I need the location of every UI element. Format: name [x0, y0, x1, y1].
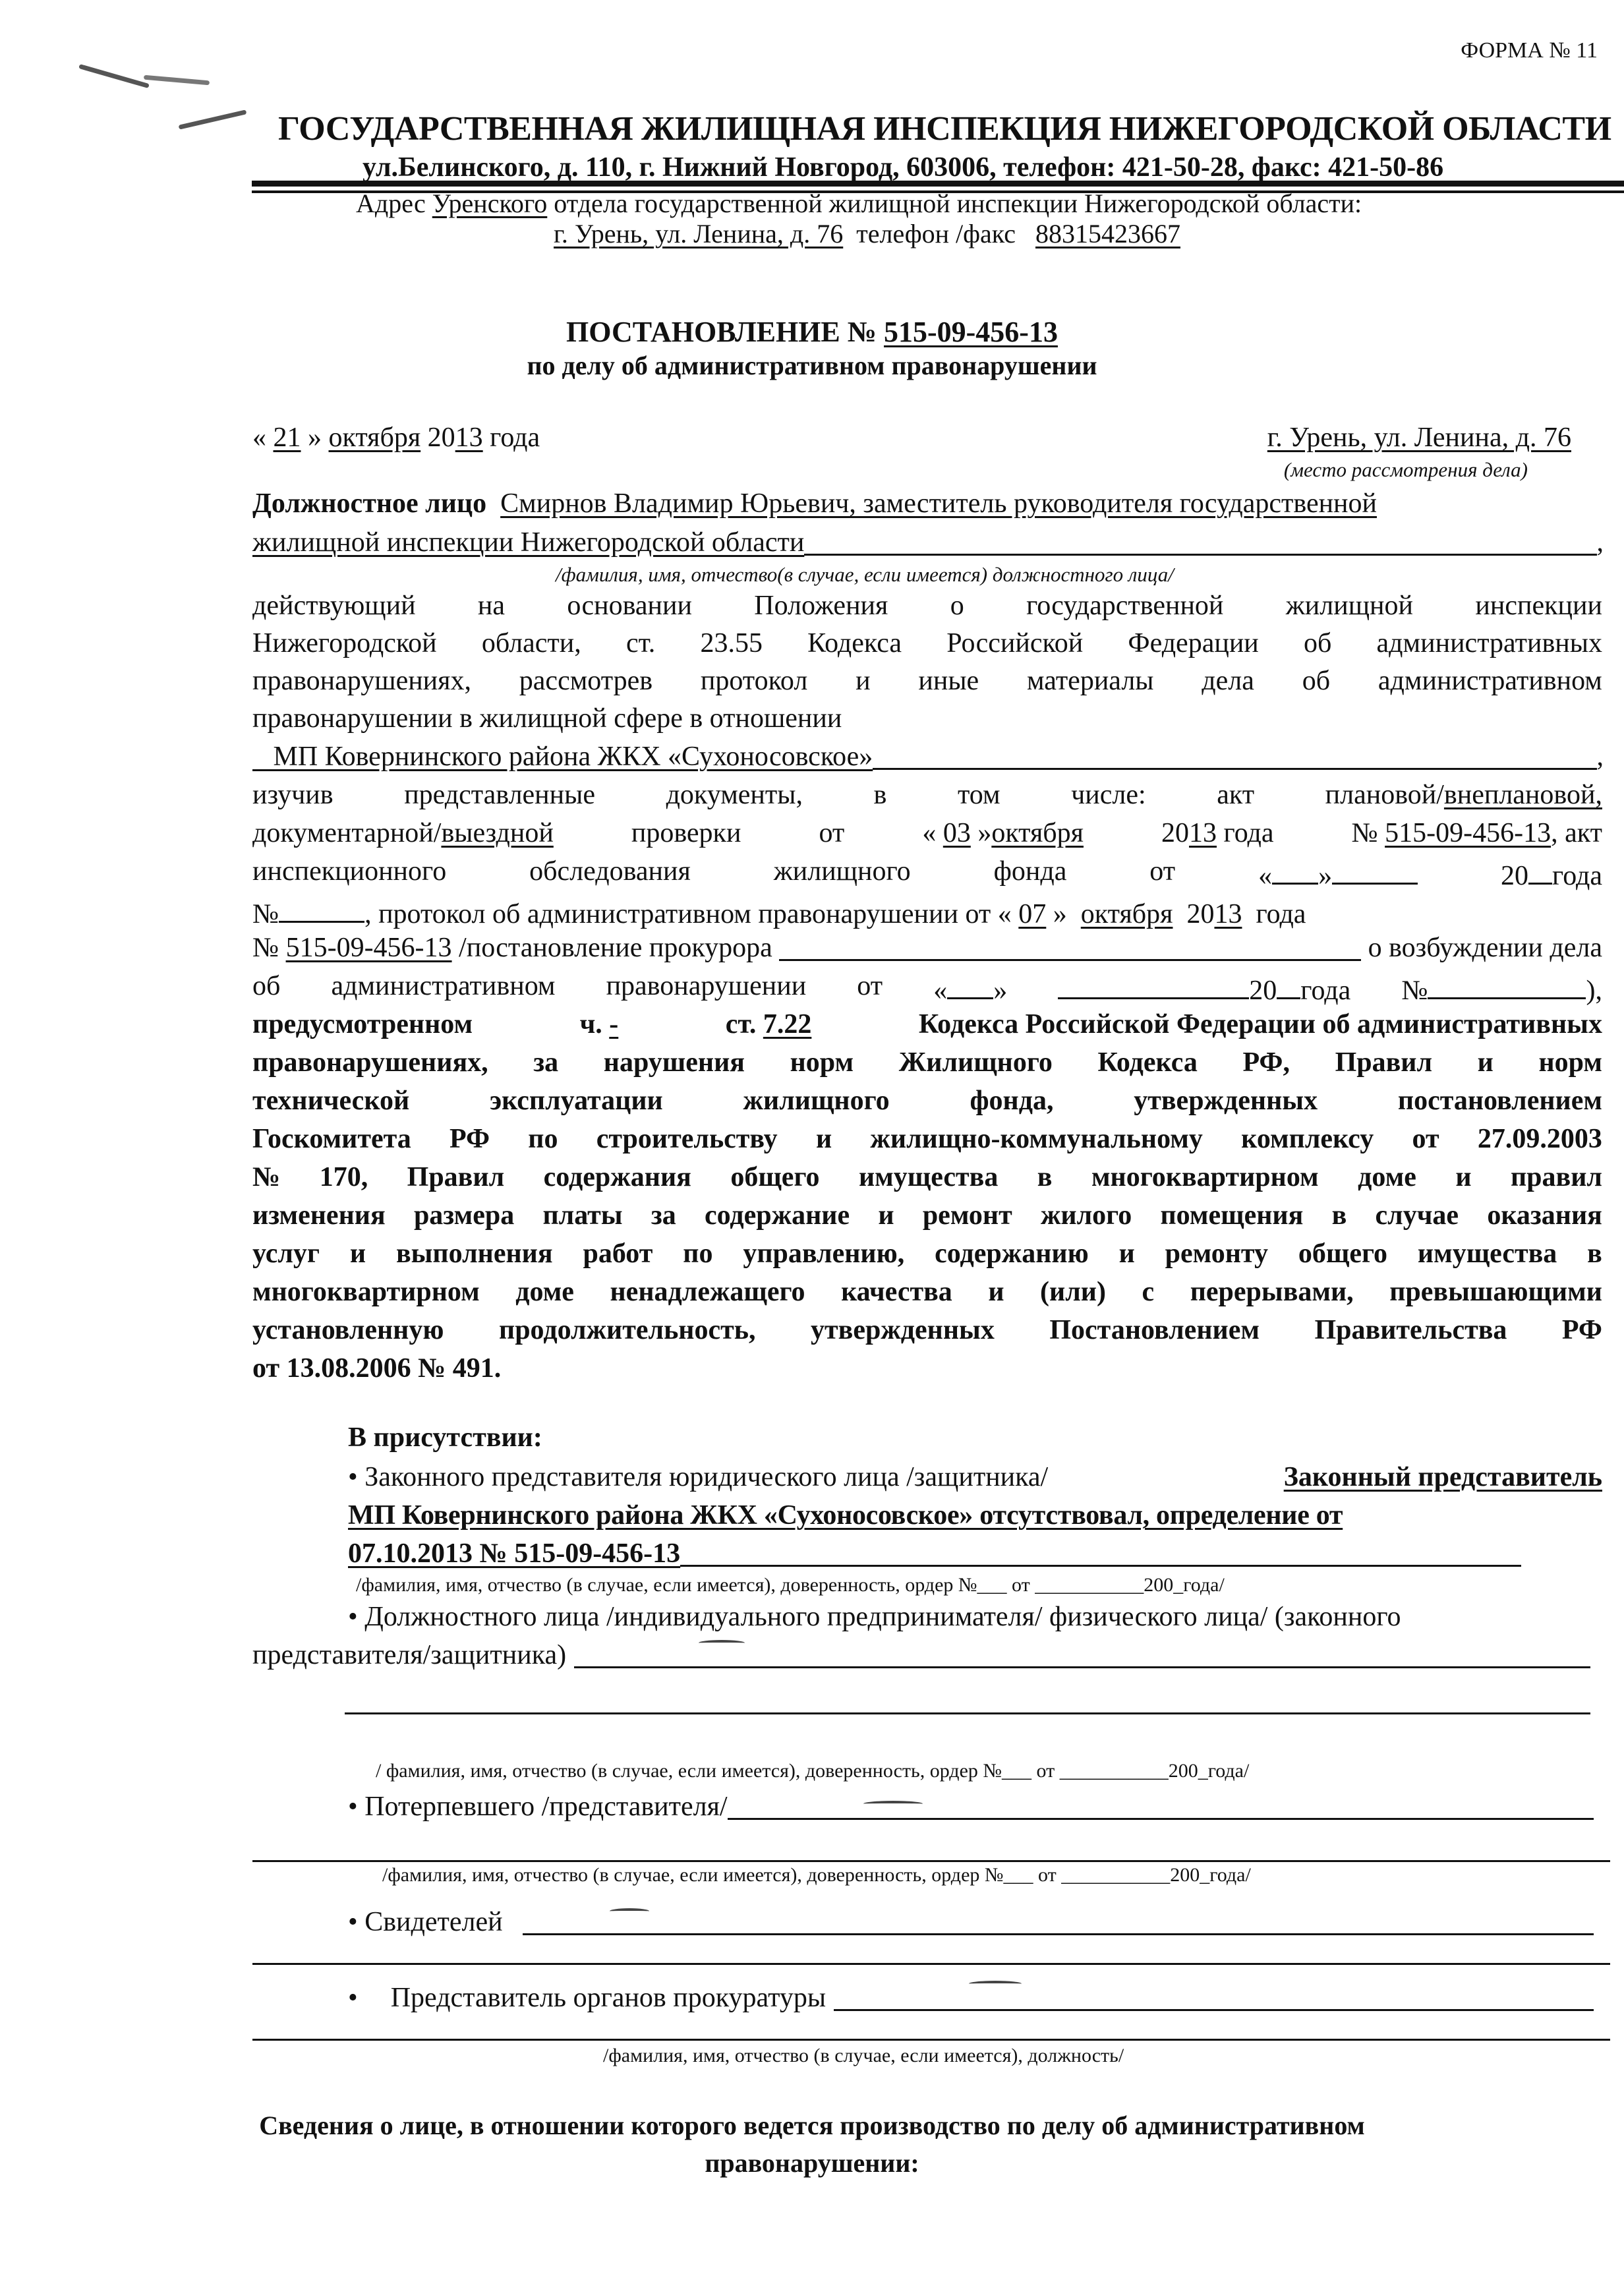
legal-rep-line-2: МП Ковернинского района ЖКХ «Сухоносовск… [348, 1502, 1343, 1529]
org-address: ул.Белинского, д. 110, г. Нижний Новгоро… [362, 154, 1443, 181]
presence-heading: В присутствии: [348, 1424, 542, 1451]
footer-heading-2: правонарушении: [0, 2150, 1624, 2176]
legal-rep-line: • Законного представителя юридического л… [348, 1463, 1602, 1491]
decree-place-hint: (место рассмотрения дела) [1284, 459, 1528, 480]
article-part: - [609, 1009, 618, 1039]
protocol-year: 13 [1214, 899, 1242, 929]
decree-title-prefix: ПОСТАНОВЛЕНИЕ № [566, 316, 877, 348]
official-presence-line-1: • Должностного лица /индивидуального пре… [348, 1603, 1401, 1631]
body-line-2: Нижегородскойобласти,ст.23.55КодексаРосс… [252, 629, 1602, 657]
decree-title: ПОСТАНОВЛЕНИЕ № 515-09-456-13 [0, 318, 1624, 347]
blank-line [252, 2039, 1610, 2041]
check-month: октября [991, 818, 1084, 848]
phone-value: 88315423667 [1035, 219, 1180, 248]
official-hint: /фамилия, имя, отчество(в случае, если и… [556, 564, 1174, 585]
check-year: 13 [1189, 818, 1217, 848]
pen-mark [863, 1801, 923, 1807]
pen-mark [610, 1908, 649, 1914]
date-year: 13 [455, 423, 483, 453]
bold-line: правонарушениях,занарушениянормЖилищного… [252, 1049, 1602, 1076]
official-name: Смирнов Владимир Юрьевич, заместитель ру… [500, 488, 1377, 519]
article-line: предусмотренном ч. - ст. 7.22 Кодекса Ро… [252, 1010, 1602, 1038]
org-title: ГОСУДАРСТВЕННАЯ ЖИЛИЩНАЯ ИНСПЕКЦИЯ НИЖЕГ… [278, 112, 1611, 146]
decree-date: « 21 » октября 2013 года [252, 424, 540, 452]
phone-label: телефон /факс [856, 219, 1016, 248]
check-line: документарной/выездной проверкиот « 03 »… [252, 819, 1602, 847]
pen-mark [969, 1981, 1022, 1987]
victim-line: • Потерпевшего /представителя/ [348, 1793, 1594, 1821]
official-presence-line-2: представителя/защитника) [252, 1641, 1590, 1669]
date-day: 21 [274, 423, 301, 453]
blank-line [252, 1963, 1610, 1965]
bold-line: услугивыполненияработпоуправлению,содерж… [252, 1240, 1602, 1268]
bold-line: многоквартирномдомененадлежащегокачества… [252, 1278, 1602, 1306]
official-label: Должностное лицо [252, 488, 486, 519]
blank-line [804, 529, 1596, 556]
body-line-1: действующийнаоснованииПоложенияогосударс… [252, 592, 1602, 620]
branch-name: Уренского [432, 189, 548, 218]
proxy-hint-2: / фамилия, имя, отчество (в случае, если… [376, 1761, 1249, 1781]
branch-line: Адрес Уренского отдела государственной ж… [356, 190, 1362, 217]
branch-suffix: отдела государственной жилищной инспекци… [554, 189, 1362, 218]
admin-line: обадминистративномправонарушенииот «» 20… [252, 972, 1602, 1005]
scan-mark [179, 109, 247, 129]
unscheduled-underlined: внеплановой, [1444, 780, 1602, 810]
position-hint: /фамилия, имя, отчество (в случае, если … [603, 2046, 1124, 2066]
proxy-hint-1: /фамилия, имя, отчество (в случае, если … [356, 1575, 1225, 1595]
check-type: выездной [441, 818, 553, 848]
check-day: 03 [943, 818, 971, 848]
bold-line: №170,Правилсодержанияобщегоимуществавмно… [252, 1163, 1602, 1191]
proxy-hint-3: /фамилия, имя, отчество (в случае, если … [382, 1865, 1251, 1885]
branch-contact-line: г. Урень, ул. Ленина, д. 76 телефон /фак… [554, 221, 1180, 247]
bold-last-line: от 13.08.2006 № 491. [252, 1355, 501, 1382]
prosecutor-line: № 515-09-456-13 /постановление прокурора… [252, 934, 1602, 962]
date-century: 20 [428, 423, 455, 453]
legal-rep-value: Законный представитель [1284, 1463, 1602, 1491]
protocol-month: октября [1081, 899, 1173, 929]
official-line-2: жилищной инспекции Нижегородской области… [252, 529, 1604, 556]
official-org: жилищной инспекции Нижегородской области [252, 529, 804, 556]
scan-mark [78, 64, 150, 88]
blank-line [345, 1712, 1590, 1714]
protocol-line: №, протокол об административном правонар… [252, 896, 1306, 928]
prosecutor-presence-line: • Представитель органов прокуратуры [348, 1984, 1594, 2012]
header-rule-thick [252, 181, 1624, 187]
blank-line [252, 1860, 1610, 1862]
decree-number: 515-09-456-13 [884, 316, 1058, 348]
decree-subtitle: по делу об административном правонарушен… [0, 353, 1624, 379]
date-month: октября [329, 423, 421, 453]
bold-line: измененияразмераплатызасодержаниеиремонт… [252, 1202, 1602, 1229]
protocol-day: 07 [1018, 899, 1046, 929]
bold-line: установленнуюпродолжительность,утвержден… [252, 1316, 1602, 1344]
scan-mark [144, 75, 210, 86]
form-number: ФОРМА № 11 [1461, 40, 1598, 62]
protocol-number: 515-09-456-13 [286, 934, 452, 962]
branch-prefix: Адрес [356, 189, 426, 218]
body-line-4: правонарушении в жилищной сфере в отноше… [252, 705, 842, 732]
body-line-3: правонарушениях,рассмотревпротоколииныем… [252, 667, 1602, 695]
bold-line: техническойэксплуатациижилищногофонда,ут… [252, 1087, 1602, 1115]
witness-line: • Свидетелей [348, 1908, 1594, 1936]
official-line-1: Должностное лицо Смирнов Владимир Юрьеви… [252, 490, 1377, 517]
bold-line: ГоскомитетаРФпостроительствуижилищно-ком… [252, 1125, 1602, 1153]
date-suffix: года [490, 423, 540, 453]
inspection-line: инспекционногообследованияжилищногофонда… [252, 858, 1602, 890]
decree-place: г. Урень, ул. Ленина, д. 76 [1267, 424, 1571, 452]
article-number: 7.22 [763, 1009, 812, 1039]
pen-mark [699, 1640, 745, 1646]
check-number: 515-09-456-13 [1385, 818, 1551, 848]
respondent: МП Ковернинского района ЖКХ «Сухоносовск… [252, 743, 873, 771]
respondent-line: МП Ковернинского района ЖКХ «Сухоносовск… [252, 743, 1604, 771]
legal-rep-line-3: 07.10.2013 № 515-09-456-13 [348, 1540, 1521, 1567]
branch-address: г. Урень, ул. Ленина, д. 76 [554, 219, 843, 248]
footer-heading-1: Сведения о лице, в отношении которого ве… [0, 2113, 1624, 2139]
studied-line: изучивпредставленныедокументы,втомчисле:… [252, 781, 1602, 809]
blank-line [873, 743, 1596, 770]
